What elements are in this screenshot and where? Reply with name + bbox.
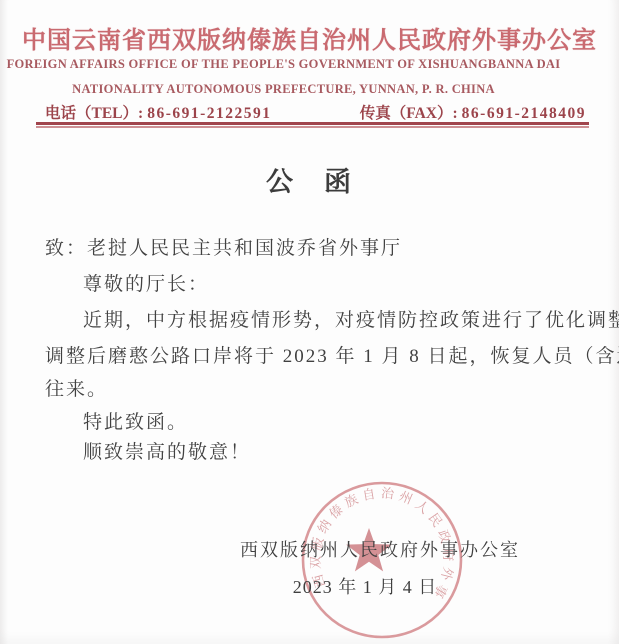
- letterhead-org-name-en-line2: NATIONALITY AUTONOMOUS PREFECTURE, YUNNA…: [0, 82, 567, 97]
- tel-entry: 电话（TEL）:86-691-2122591: [45, 101, 272, 123]
- letterhead-rule-dark: [36, 122, 589, 125]
- body-line-3: 往来。: [45, 374, 108, 401]
- letterhead-org-name-cn: 中国云南省西双版纳傣族自治州人民政府外事办公室: [0, 20, 619, 55]
- letter-title: 公 函: [0, 160, 619, 199]
- fax-number: 86-691-2148409: [462, 105, 586, 122]
- body-line-2: 调整后磨憨公路口岸将于 2023 年 1 月 8 日起，恢复人员（含边民）: [45, 341, 619, 368]
- body-line-1: 近期，中方根据疫情形势，对疫情防控政策进行了优化调整，: [83, 305, 619, 332]
- salutation-line: 尊敬的厅长：: [83, 269, 209, 296]
- closing-line-2: 顺致崇高的敬意！: [83, 437, 251, 464]
- fax-label: 传真（FAX）:: [360, 105, 458, 122]
- tel-number: 86-691-2122591: [147, 105, 271, 122]
- fax-entry: 传真（FAX）:86-691-2148409: [360, 101, 586, 123]
- signature-date: 2023 年 1 月 4 日: [230, 573, 500, 599]
- letterhead-rule-light: [36, 126, 589, 128]
- recipient-line: 致：老挝人民民主共和国波乔省外事厅: [45, 233, 402, 260]
- letterhead-org-name-en-line1: FOREIGN AFFAIRS OFFICE OF THE PEOPLE'S G…: [0, 57, 567, 72]
- letter-document: 中国云南省西双版纳傣族自治州人民政府外事办公室 FOREIGN AFFAIRS …: [0, 0, 619, 644]
- signature-org-name: 西双版纳州人民政府外事办公室: [240, 536, 520, 562]
- contact-row: 电话（TEL）:86-691-2122591 传真（FAX）:86-691-21…: [45, 101, 586, 123]
- closing-line-1: 特此致函。: [83, 407, 188, 434]
- tel-label: 电话（TEL）:: [45, 105, 143, 122]
